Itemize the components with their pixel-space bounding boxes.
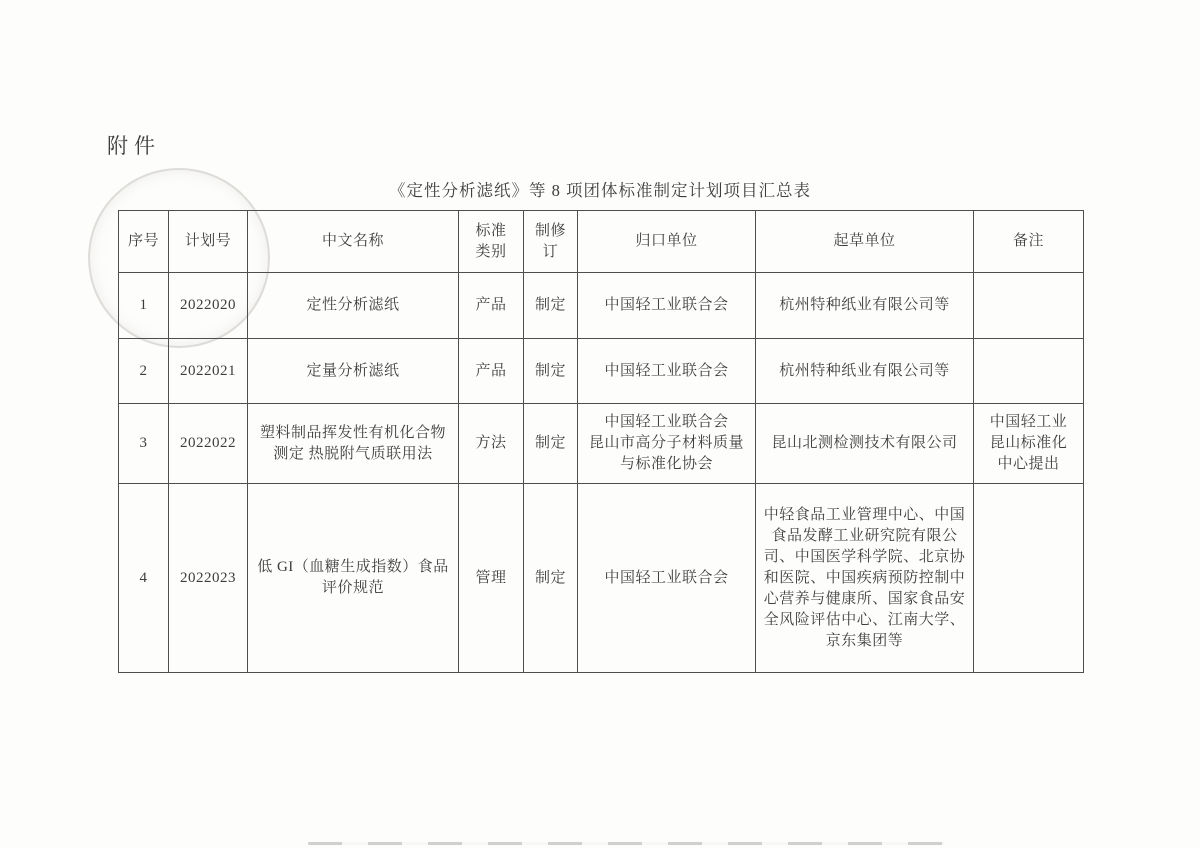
cell-authority: 中国轻工业联合会 <box>578 273 756 339</box>
cell-name: 定量分析滤纸 <box>248 339 459 404</box>
cell-name: 定性分析滤纸 <box>248 273 459 339</box>
cell-category: 产品 <box>459 273 524 339</box>
table-row: 1 2022020 定性分析滤纸 产品 制定 中国轻工业联合会 杭州特种纸业有限… <box>119 273 1084 339</box>
cell-remarks <box>974 484 1084 673</box>
cell-name: 低 GI（血糖生成指数）食品 评价规范 <box>248 484 459 673</box>
cell-drafters: 杭州特种纸业有限公司等 <box>756 339 974 404</box>
cell-remarks <box>974 339 1084 404</box>
table-row: 4 2022023 低 GI（血糖生成指数）食品 评价规范 管理 制定 中国轻工… <box>119 484 1084 673</box>
col-header-name: 中文名称 <box>248 211 459 273</box>
cell-seq: 3 <box>119 404 169 484</box>
table-row: 3 2022022 塑料制品挥发性有机化合物 测定 热脱附气质联用法 方法 制定… <box>119 404 1084 484</box>
cell-remarks: 中国轻工业 昆山标准化 中心提出 <box>974 404 1084 484</box>
cell-remarks <box>974 273 1084 339</box>
attachment-label: 附件 <box>107 130 161 160</box>
col-header-revision: 制修 订 <box>524 211 578 273</box>
cell-authority: 中国轻工业联合会 <box>578 484 756 673</box>
cell-category: 管理 <box>459 484 524 673</box>
cell-category: 产品 <box>459 339 524 404</box>
table-header-row: 序号 计划号 中文名称 标准 类别 制修 订 归口单位 起草单位 备注 <box>119 211 1084 273</box>
standards-plan-table: 序号 计划号 中文名称 标准 类别 制修 订 归口单位 起草单位 备注 1 20… <box>118 210 1084 673</box>
col-header-authority: 归口单位 <box>578 211 756 273</box>
cell-plan-no: 2022021 <box>169 339 248 404</box>
cell-revision: 制定 <box>524 404 578 484</box>
col-header-drafters: 起草单位 <box>756 211 974 273</box>
col-header-remarks: 备注 <box>974 211 1084 273</box>
cell-drafters: 杭州特种纸业有限公司等 <box>756 273 974 339</box>
scan-edge-artifact <box>308 842 944 845</box>
cell-category: 方法 <box>459 404 524 484</box>
cell-revision: 制定 <box>524 484 578 673</box>
cell-drafters: 昆山北测检测技术有限公司 <box>756 404 974 484</box>
cell-seq: 4 <box>119 484 169 673</box>
cell-plan-no: 2022022 <box>169 404 248 484</box>
cell-drafters: 中轻食品工业管理中心、中国 食品发酵工业研究院有限公 司、中国医学科学院、北京协… <box>756 484 974 673</box>
document-title: 《定性分析滤纸》等 8 项团体标准制定计划项目汇总表 <box>0 177 1200 201</box>
col-header-category: 标准 类别 <box>459 211 524 273</box>
cell-authority: 中国轻工业联合会 <box>578 339 756 404</box>
cell-seq: 1 <box>119 273 169 339</box>
col-header-plan-no: 计划号 <box>169 211 248 273</box>
col-header-seq: 序号 <box>119 211 169 273</box>
cell-plan-no: 2022023 <box>169 484 248 673</box>
table-row: 2 2022021 定量分析滤纸 产品 制定 中国轻工业联合会 杭州特种纸业有限… <box>119 339 1084 404</box>
cell-seq: 2 <box>119 339 169 404</box>
cell-name: 塑料制品挥发性有机化合物 测定 热脱附气质联用法 <box>248 404 459 484</box>
document-page: 附件 《定性分析滤纸》等 8 项团体标准制定计划项目汇总表 序号 计划号 中文名… <box>0 0 1200 848</box>
cell-authority: 中国轻工业联合会 昆山市高分子材料质量 与标准化协会 <box>578 404 756 484</box>
cell-revision: 制定 <box>524 339 578 404</box>
cell-plan-no: 2022020 <box>169 273 248 339</box>
cell-revision: 制定 <box>524 273 578 339</box>
